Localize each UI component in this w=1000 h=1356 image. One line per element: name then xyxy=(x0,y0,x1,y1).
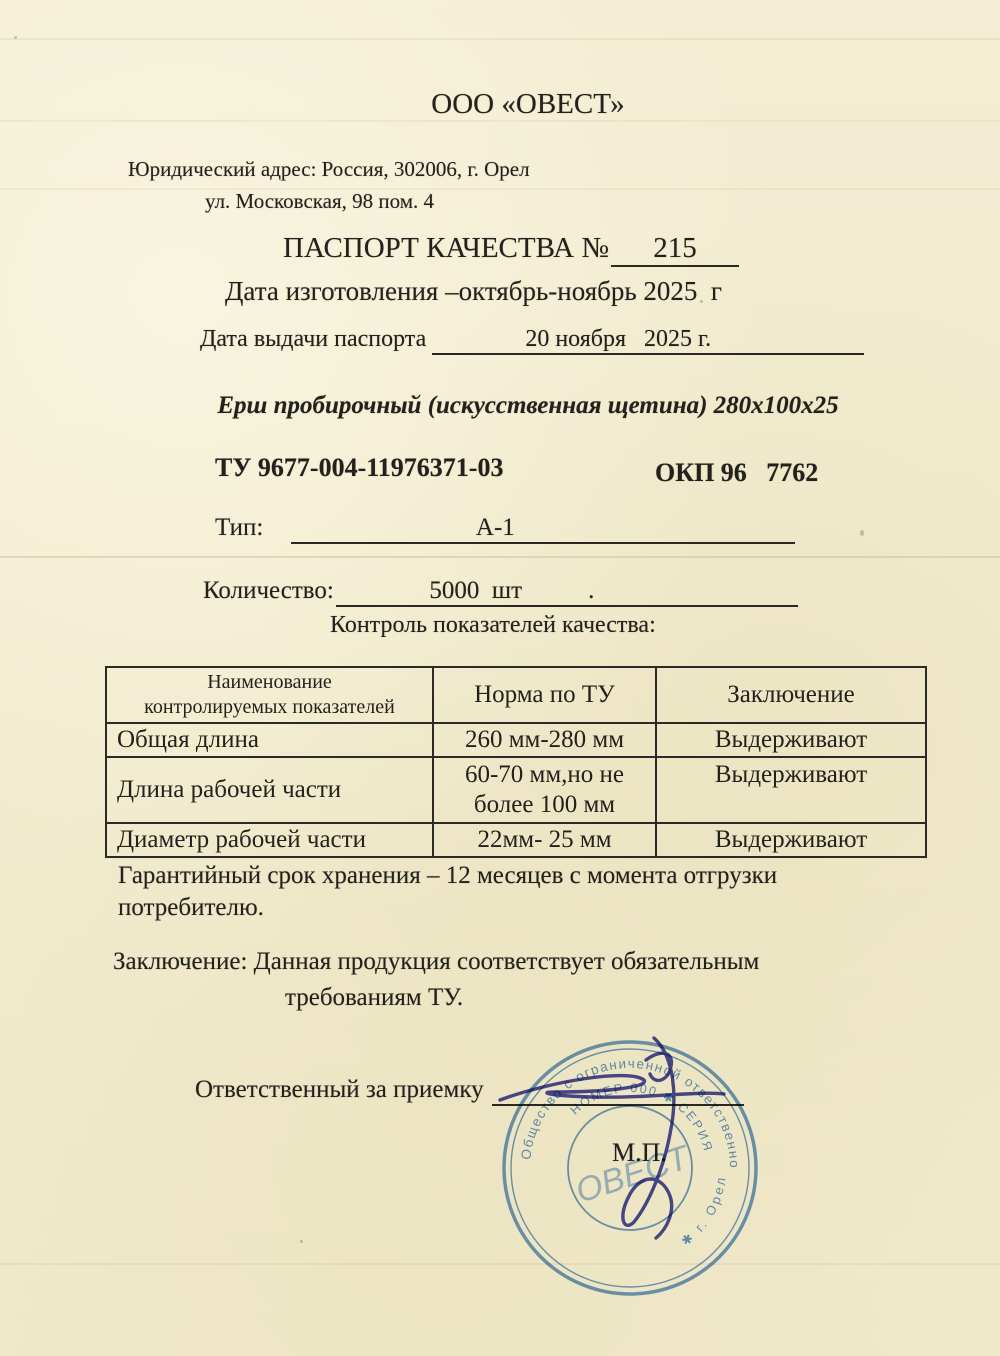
issue-date-value: 20 ноября 2025 г. xyxy=(432,326,864,355)
warranty-text: Гарантийный срок хранения – 12 месяцев с… xyxy=(118,860,898,924)
cell-conclusion: Выдерживают xyxy=(656,723,926,757)
quality-control-table: Наименование контролируемых показателей … xyxy=(105,666,927,858)
quantity-row: Количество:5000 шт. xyxy=(203,577,798,607)
scan-artifact-line xyxy=(0,38,1000,40)
scanned-quality-passport: { "page": { "company": "ООО «ОВЕСТ»", "a… xyxy=(0,0,1000,1356)
cell-conclusion: Выдерживают xyxy=(656,757,926,823)
cell-norm: 22мм- 25 мм xyxy=(433,823,656,857)
legal-address-line2: ул. Московская, 98 пом. 4 xyxy=(205,189,434,214)
conclusion-line2: требованиям ТУ. xyxy=(285,984,463,1012)
signature-flourish-stroke xyxy=(500,1076,724,1100)
paper-speck xyxy=(14,36,17,39)
legal-address-line1: Юридический адрес: Россия, 302006, г. Ор… xyxy=(128,157,530,182)
quantity-value: 5000 шт xyxy=(429,577,522,604)
signature-main-stroke xyxy=(623,1038,674,1238)
cell-name: Длина рабочей части xyxy=(106,757,433,823)
paper-speck xyxy=(860,530,864,536)
quantity-label: Количество: xyxy=(203,577,334,604)
company-name: ООО «ОВЕСТ» xyxy=(28,88,1000,121)
type-label: Тип: xyxy=(215,514,263,541)
passport-title: ПАСПОРТ КАЧЕСТВА № xyxy=(283,232,609,264)
tu-number: ТУ 9677-004-11976371-03 xyxy=(215,453,503,483)
cell-name: Диаметр рабочей части xyxy=(106,823,433,857)
quantity-dot: . xyxy=(588,577,594,604)
paper-speck xyxy=(300,1240,303,1243)
issue-date-row: Дата выдачи паспорта20 ноября 2025 г. xyxy=(200,326,864,355)
passport-number: 215 xyxy=(611,232,739,267)
type-value: А-1 xyxy=(291,514,795,544)
header-name-line2: контролируемых показателей xyxy=(117,695,422,720)
header-cell-conclusion: Заключение xyxy=(656,667,926,723)
passport-title-row: ПАСПОРТ КАЧЕСТВА №215 xyxy=(283,232,739,267)
scan-artifact-line xyxy=(0,188,1000,190)
type-row: Тип:А-1 xyxy=(215,514,795,544)
okp-code: ОКП 96 7762 xyxy=(655,458,818,488)
issue-date-label: Дата выдачи паспорта xyxy=(200,326,426,352)
header-cell-norm: Норма по ТУ xyxy=(433,667,656,723)
handwritten-signature xyxy=(478,1026,788,1246)
quantity-underline: 5000 шт. xyxy=(336,577,798,607)
table-row: Диаметр рабочей части 22мм- 25 мм Выдерж… xyxy=(106,823,926,857)
table-row: Длина рабочей части 60-70 мм,но не более… xyxy=(106,757,926,823)
manufacture-date-line: Дата изготовления –октябрь-ноябрь 2025 г xyxy=(225,276,722,307)
table-caption: Контроль показателей качества: xyxy=(330,612,656,639)
cell-norm: 60-70 мм,но не более 100 мм xyxy=(433,757,656,823)
conclusion-line1: Заключение: Данная продукция соответству… xyxy=(113,948,759,976)
responsible-label: Ответственный за приемку xyxy=(195,1076,484,1103)
scan-artifact-line xyxy=(0,556,1000,558)
cell-name: Общая длина xyxy=(106,723,433,757)
header-cell-name: Наименование контролируемых показателей xyxy=(106,667,433,723)
table-header-row: Наименование контролируемых показателей … xyxy=(106,667,926,723)
cell-conclusion: Выдерживают xyxy=(656,823,926,857)
header-name-line1: Наименование xyxy=(117,670,422,695)
product-name: Ерш пробирочный (искусственная щетина) 2… xyxy=(28,392,1000,420)
table-row: Общая длина 260 мм-280 мм Выдерживают xyxy=(106,723,926,757)
cell-norm: 260 мм-280 мм xyxy=(433,723,656,757)
